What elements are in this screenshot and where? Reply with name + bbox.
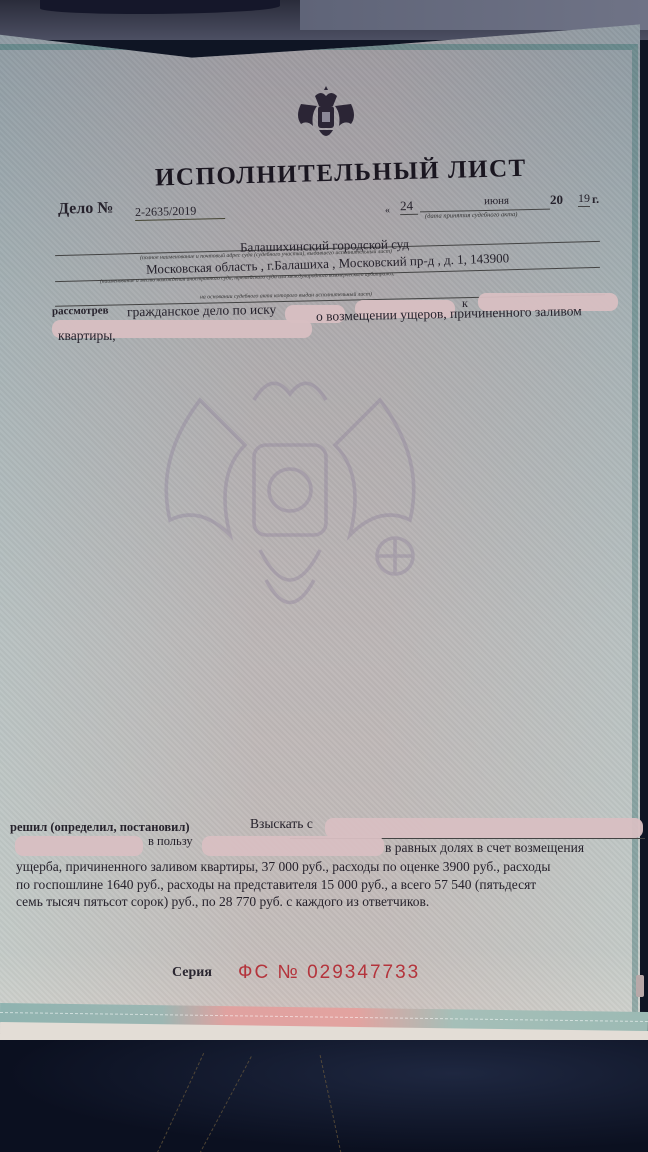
decision-line1-end: в равных долях в счет возмещения <box>385 840 584 856</box>
date-month: июня <box>484 195 509 208</box>
date-year-suffix: 19 <box>578 191 590 207</box>
decision-line4: семь тысяч пятьсот сорок) руб., по 28 77… <box>16 894 429 910</box>
background-jeans <box>0 1040 648 1152</box>
background-object <box>40 0 280 14</box>
date-year-prefix: 20 <box>550 192 563 208</box>
considered-subject-end: квартиры, <box>58 328 116 344</box>
eagle-watermark-icon <box>140 340 440 640</box>
case-label: Дело № <box>58 199 114 218</box>
decision-in-favor: в пользу <box>148 834 193 849</box>
considered-label: рассмотрев <box>52 305 109 318</box>
redacted-debtors-2 <box>15 836 143 856</box>
date-day: 24 <box>400 198 418 215</box>
russian-coat-of-arms-icon <box>293 82 359 144</box>
decision-collect: Взыскать с <box>250 816 313 832</box>
paper-tab <box>636 975 644 997</box>
series-label: Серия <box>172 965 212 981</box>
background-paper <box>300 0 648 30</box>
redacted-debtors <box>325 818 643 838</box>
date-quote: « <box>385 205 390 216</box>
series-number: ФС № 029347733 <box>238 962 420 984</box>
redacted-creditor <box>202 836 384 856</box>
considered-text: гражданское дело по иску <box>127 302 277 321</box>
date-year-unit: г. <box>592 192 599 207</box>
decision-label: решил (определил, постановил) <box>10 820 190 835</box>
decision-line3: по госпошлине 1640 руб., расходы на пред… <box>16 877 536 893</box>
decision-line2: ущерба, причиненного заливом квартиры, 3… <box>16 859 550 875</box>
case-number: 2-2635/2019 <box>135 203 225 221</box>
